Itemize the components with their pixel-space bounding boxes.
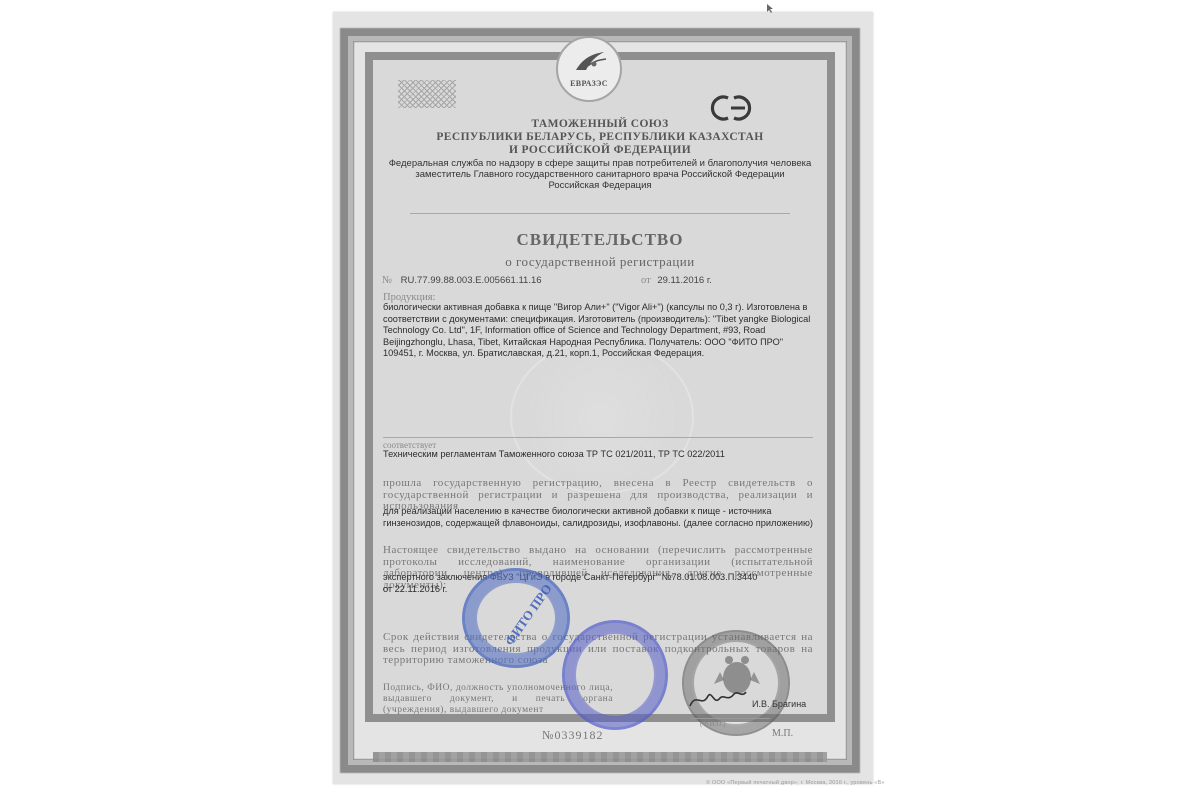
printer-imprint: © ООО «Первый печатный двор», г. Москва,… bbox=[706, 780, 885, 786]
header-line-2: РЕСПУБЛИКИ БЕЛАРУСЬ, РЕСПУБЛИКИ КАЗАХСТА… bbox=[380, 131, 820, 143]
date-label: от bbox=[641, 275, 651, 286]
eurasec-emblem: ЕВРАЗЭС bbox=[556, 36, 622, 102]
header-line-1: ТАМОЖЕННЫЙ СОЮЗ bbox=[380, 118, 820, 130]
document-subtitle: о государственной регистрации bbox=[380, 254, 820, 270]
header-line-3: И РОССИЙСКОЙ ФЕДЕРАЦИИ bbox=[380, 144, 820, 156]
expert-conclusion: экспертного заключения ФБУЗ "ЦГиЭ в горо… bbox=[383, 572, 763, 595]
bird-emblem-icon bbox=[574, 50, 608, 72]
conforms-rule bbox=[383, 437, 813, 438]
stamp-text: ФИТО ПРО bbox=[502, 581, 556, 649]
fio-label: (Ф.И.О.) bbox=[700, 720, 726, 728]
stamp-place-label: М.П. bbox=[772, 728, 793, 739]
security-pattern bbox=[398, 80, 456, 108]
mouse-cursor-icon bbox=[767, 4, 774, 13]
fio-underline bbox=[690, 718, 770, 719]
certificate-number: RU.77.99.88.003.E.005661.11.16 bbox=[401, 275, 542, 286]
certificate-number-row: № RU.77.99.88.003.E.005661.11.16 bbox=[382, 275, 542, 286]
agency-name: Федеральная служба по надзору в сфере за… bbox=[380, 158, 820, 169]
deputy-title: заместитель Главного государственного са… bbox=[380, 169, 820, 180]
emblem-label: ЕВРАЗЭС bbox=[570, 79, 608, 88]
divider-line bbox=[410, 213, 790, 214]
company-stamp: ФИТО ПРО bbox=[462, 568, 570, 668]
form-serial-number: №0339182 bbox=[542, 728, 603, 743]
certificate-date-row: от 29.11.2016 г. bbox=[641, 275, 712, 286]
agency-round-stamp bbox=[562, 620, 668, 730]
signature-icon bbox=[688, 688, 748, 710]
product-description: биологически активная добавка к пище "Ви… bbox=[383, 302, 813, 360]
certificate-date: 29.11.2016 г. bbox=[657, 275, 711, 286]
usage-scope: для реализации населению в качестве биол… bbox=[383, 506, 813, 529]
signatory-name: И.В. Брагина bbox=[752, 699, 806, 709]
country-name: Российская Федерация bbox=[380, 180, 820, 191]
number-label: № bbox=[382, 275, 392, 286]
bottom-ornament-band bbox=[373, 752, 827, 762]
document-title: СВИДЕТЕЛЬСТВО bbox=[380, 230, 820, 250]
watermark-emblem bbox=[510, 340, 694, 494]
technical-regulations: Техническим регламентам Таможенного союз… bbox=[383, 449, 813, 461]
